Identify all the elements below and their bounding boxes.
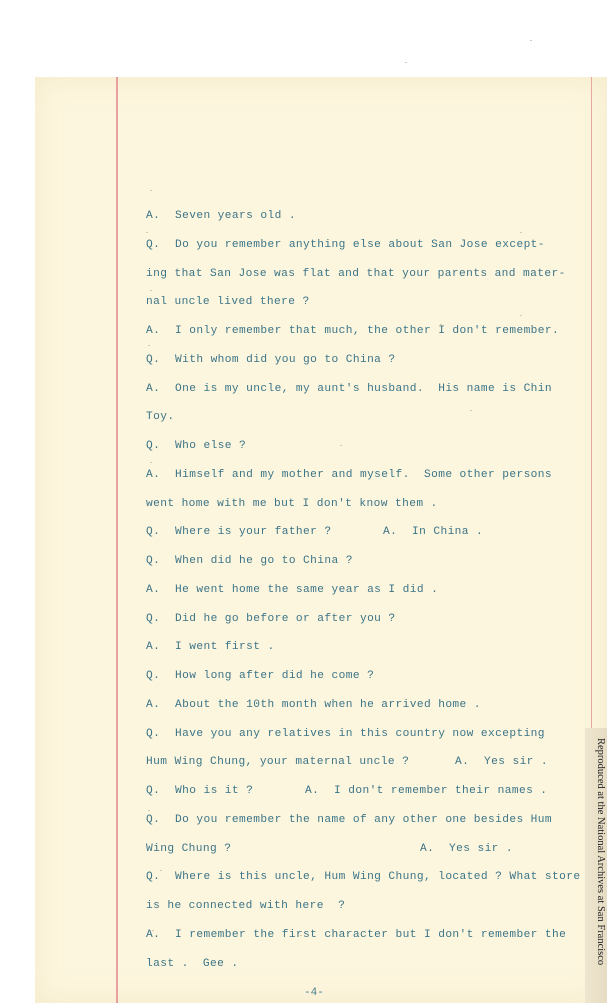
paper-speck [150, 290, 152, 291]
speaker-tag: Q. [146, 783, 175, 799]
transcript-body: A.Seven years old .Q.Do you remember any… [0, 0, 612, 1008]
line-text: nal uncle lived there ? [146, 296, 310, 308]
line-text: Do you remember anything else about San … [175, 239, 545, 251]
paper-speck [146, 232, 148, 233]
question-line: Q.With whom did you go to China ? [146, 352, 396, 368]
line-text: One is my uncle, my aunt's husband. His … [175, 383, 552, 395]
answer-text: Yes sir . [449, 843, 513, 855]
speaker-tag: A. [420, 841, 449, 857]
line-text: With whom did you go to China ? [175, 354, 396, 366]
speaker-tag: A. [146, 697, 175, 713]
speaker-tag: Q. [146, 611, 175, 627]
paper-speck [150, 190, 152, 191]
speaker-tag: Q. [146, 869, 175, 885]
line-text: Toy. [146, 411, 174, 423]
answer-text: I don't remember their names . [334, 785, 547, 797]
inline-answer: A.Yes sir . [455, 754, 548, 770]
speaker-tag: Q. [146, 352, 175, 368]
line-text: Seven years old . [175, 210, 296, 222]
paper-speck [520, 315, 522, 316]
line-text: Who is it ? [175, 785, 253, 797]
answer-line: A.He went home the same year as I did . [146, 582, 438, 598]
question-line: Q.How long after did he come ? [146, 668, 374, 684]
answer-text: Yes sir . [484, 756, 548, 768]
speaker-tag: A. [146, 639, 175, 655]
continuation-line: last . Gee . [146, 956, 238, 972]
inline-answer: A.Yes sir . [420, 841, 513, 857]
question-line: Q.Where is your father ? [146, 524, 332, 540]
paper-speck [160, 870, 162, 871]
answer-line: A.I went first . [146, 639, 275, 655]
line-text: Do you remember the name of any other on… [175, 814, 552, 826]
page-number: -4- [304, 987, 324, 999]
answer-line: A.About the 10th month when he arrived h… [146, 697, 481, 713]
question-line: Q.Do you remember anything else about Sa… [146, 237, 545, 253]
line-text: went home with me but I don't know them … [146, 498, 438, 510]
line-text: I only remember that much, the other I d… [175, 325, 559, 337]
continuation-line: ing that San Jose was flat and that your… [146, 266, 566, 282]
speaker-tag: Q. [146, 726, 175, 742]
speaker-tag: A. [146, 582, 175, 598]
paper-speck [150, 462, 152, 463]
continuation-line: went home with me but I don't know them … [146, 496, 438, 512]
paper-speck [300, 935, 302, 936]
speaker-tag: A. [146, 323, 175, 339]
line-text: Where is this uncle, Hum Wing Chung, loc… [175, 871, 580, 883]
question-line: Q.Who is it ? [146, 783, 253, 799]
line-text: last . Gee . [146, 958, 238, 970]
speaker-tag: Q. [146, 668, 175, 684]
question-line: Q.When did he go to China ? [146, 553, 353, 569]
speaker-tag: Q. [146, 237, 175, 253]
paper-speck [148, 810, 150, 811]
speaker-tag: A. [383, 524, 412, 540]
line-text: About the 10th month when he arrived hom… [175, 699, 481, 711]
paper-speck [340, 445, 342, 446]
speaker-tag: A. [146, 467, 175, 483]
paper-speck [440, 324, 442, 325]
line-text: Hum Wing Chung, your maternal uncle ? [146, 756, 409, 768]
paper-speck [148, 345, 150, 346]
answer-line: A.Seven years old . [146, 208, 296, 224]
line-text: I remember the first character but I don… [175, 929, 566, 941]
question-line: Q.Have you any relatives in this country… [146, 726, 545, 742]
continuation-line: is he connected with here ? [146, 898, 345, 914]
line-text: is he connected with here ? [146, 900, 345, 912]
continuation-line: Toy. [146, 409, 174, 425]
speaker-tag: A. [146, 927, 175, 943]
speaker-tag: A. [455, 754, 484, 770]
answer-line: A.Himself and my mother and myself. Some… [146, 467, 552, 483]
speaker-tag: A. [146, 381, 175, 397]
speaker-tag: Q. [146, 812, 175, 828]
line-text: Have you any relatives in this country n… [175, 728, 545, 740]
continuation-line: nal uncle lived there ? [146, 294, 310, 310]
answer-text: In China . [412, 526, 483, 538]
question-line: Q.Did he go before or after you ? [146, 611, 396, 627]
paper-speck [152, 930, 154, 931]
inline-answer: A.I don't remember their names . [305, 783, 547, 799]
answer-line: A.I only remember that much, the other I… [146, 323, 559, 339]
line-text: I went first . [175, 641, 275, 653]
question-line: Q.Where is this uncle, Hum Wing Chung, l… [146, 869, 580, 885]
line-text: When did he go to China ? [175, 555, 353, 567]
paper-speck [470, 410, 472, 411]
line-text: Who else ? [175, 440, 246, 452]
question-line: Q.Do you remember the name of any other … [146, 812, 552, 828]
speaker-tag: Q. [146, 524, 175, 540]
inline-answer: A.In China . [383, 524, 483, 540]
paper-speck [405, 62, 407, 63]
continuation-line: Hum Wing Chung, your maternal uncle ? [146, 754, 409, 770]
paper-speck [520, 232, 522, 233]
speaker-tag: Q. [146, 438, 175, 454]
line-text: Wing Chung ? [146, 843, 231, 855]
speaker-tag: Q. [146, 553, 175, 569]
answer-line: A.One is my uncle, my aunt's husband. Hi… [146, 381, 552, 397]
continuation-line: Wing Chung ? [146, 841, 231, 857]
question-line: Q.Who else ? [146, 438, 246, 454]
paper-speck [530, 40, 532, 41]
line-text: Himself and my mother and myself. Some o… [175, 469, 552, 481]
line-text: Did he go before or after you ? [175, 613, 396, 625]
speaker-tag: A. [305, 783, 334, 799]
line-text: How long after did he come ? [175, 670, 374, 682]
speaker-tag: A. [146, 208, 175, 224]
line-text: Where is your father ? [175, 526, 332, 538]
line-text: ing that San Jose was flat and that your… [146, 268, 566, 280]
line-text: He went home the same year as I did . [175, 584, 438, 596]
answer-line: A.I remember the first character but I d… [146, 927, 566, 943]
